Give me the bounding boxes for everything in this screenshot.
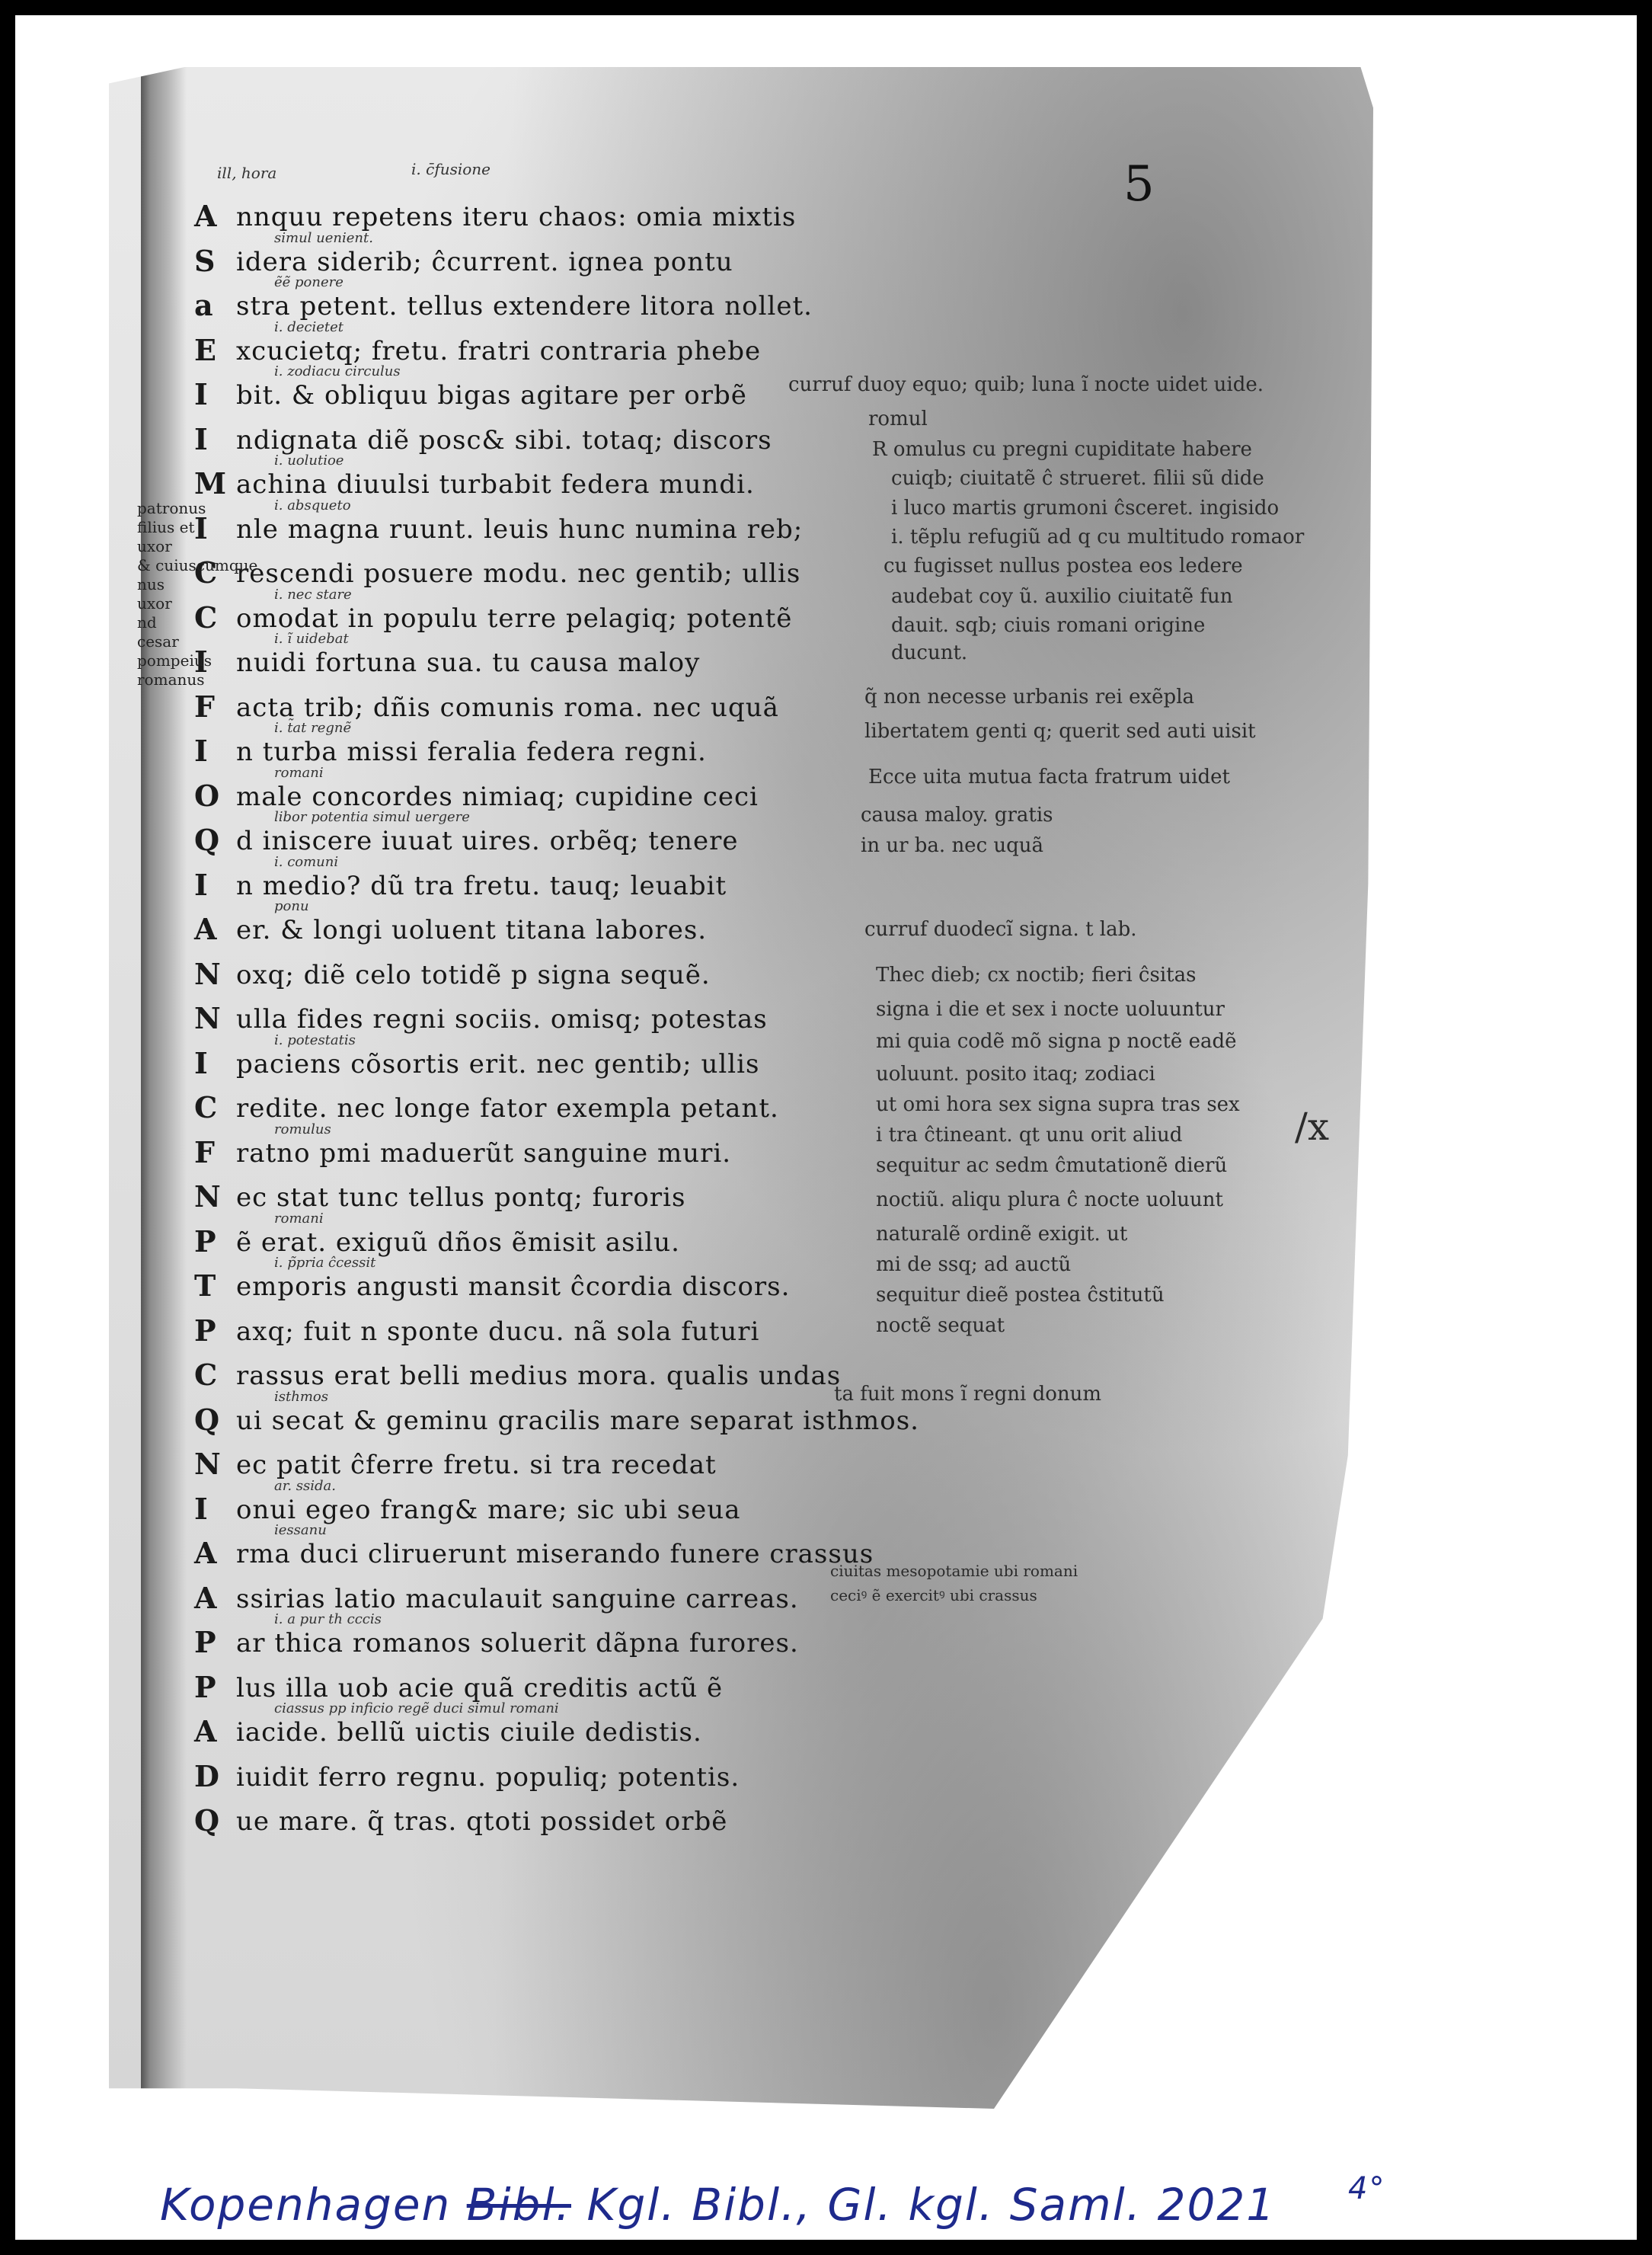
line-initial: Q <box>194 1403 219 1437</box>
line-initial: A <box>194 1536 216 1570</box>
text-line: ratno pmi maduerũt sanguine muri. <box>236 1138 731 1169</box>
margin-gloss-line: cu fugisset nullus postea eos ledere <box>884 555 1243 577</box>
margin-gloss-line: Ecce uita mutua facta fratrum uidet <box>868 766 1230 788</box>
scan-frame: 5 ill, hora i. c̄fusione Annquu repetens… <box>15 15 1637 2240</box>
text-line: rassus erat belli medius mora. qualis un… <box>236 1361 841 1391</box>
left-margin-note: & cuiuscumque <box>137 556 257 574</box>
line-initial: E <box>194 333 216 367</box>
margin-gloss-line: Thec dieb; cx noctib; fieri ĉsitas <box>876 964 1196 987</box>
line-initial: N <box>194 1179 221 1214</box>
text-line: nle magna ruunt. leuis hunc numina reb; <box>236 514 803 545</box>
top-gloss: ill, hora <box>217 164 276 182</box>
margin-gloss-line: sequitur ac sedm ĉmutationẽ dierũ <box>876 1154 1227 1177</box>
text-line: ui secat & geminu gracilis mare separat … <box>236 1406 919 1436</box>
corner-mark: /x <box>1295 1105 1329 1149</box>
interlinear-gloss: i. decietet <box>274 319 344 335</box>
text-line: ẽ erat. exiguũ dños ẽmisit asilu. <box>236 1227 680 1258</box>
margin-gloss-line: ciuitas mesopotamie ubi romani <box>830 1562 1078 1580</box>
text-line: ec patit ĉferre fretu. si tra recedat <box>236 1450 717 1480</box>
margin-gloss-line: i tra ĉtineant. qt unu orit aliud <box>876 1124 1182 1147</box>
text-line: onui egeo frang& mare; sic ubi seua <box>236 1495 740 1525</box>
line-initial: D <box>194 1759 219 1793</box>
line-initial: F <box>194 689 215 724</box>
text-line: rescendi posuere modu. nec gentib; ullis <box>236 558 800 589</box>
interlinear-gloss: romani <box>274 1211 324 1227</box>
caption-format: 4° <box>1348 2171 1385 2206</box>
margin-gloss-line: ducunt. <box>891 641 967 664</box>
interlinear-gloss: romani <box>274 765 324 781</box>
caption-struck-word: Bibl. <box>467 2179 571 2231</box>
interlinear-gloss: romulus <box>274 1121 331 1137</box>
text-line: omodat in populu terre pelagiq; potentẽ <box>236 603 792 634</box>
line-initial: C <box>194 1358 217 1392</box>
left-margin-note: patronus <box>137 499 206 517</box>
margin-gloss-line: curruf duodecĩ signa. t lab. <box>864 918 1137 941</box>
text-line: acta trib; dñis comunis roma. nec uquã <box>236 692 779 723</box>
line-initial: A <box>194 1714 216 1748</box>
text-line: rma duci cliruerunt miserando funere cra… <box>236 1539 874 1569</box>
top-gloss: i. c̄fusione <box>411 160 490 178</box>
interlinear-gloss: i. uolutioe <box>274 453 344 469</box>
margin-gloss-line: R omulus cu pregni cupiditate habere <box>872 438 1252 461</box>
text-line: idera siderib; ĉcurrent. ignea pontu <box>236 247 733 277</box>
line-initial: Q <box>194 1803 219 1838</box>
line-initial: A <box>194 912 216 946</box>
text-line: nnquu repetens iteru chaos: omia mixtis <box>236 202 796 232</box>
line-initial: T <box>194 1268 216 1303</box>
text-line: paciens cõsortis erit. nec gentib; ullis <box>236 1049 759 1080</box>
text-line: xcucietq; fretu. fratri contraria phebe <box>236 336 761 366</box>
margin-gloss-line: mi de ssq; ad auctũ <box>876 1253 1071 1276</box>
text-line: achina diuulsi turbabit federa mundi. <box>236 469 755 500</box>
margin-gloss-line: i. tẽplu refugiũ ad q cu multitudo romao… <box>891 526 1304 549</box>
margin-gloss-line: signa i die et sex i nocte uoluuntur <box>876 998 1225 1021</box>
interlinear-gloss: i. absqueto <box>274 497 351 513</box>
margin-gloss-line: ta fuit mons ĩ regni donum <box>834 1383 1101 1406</box>
binding-gutter <box>141 67 187 2109</box>
left-margin-note: uxor <box>137 537 172 555</box>
margin-gloss-line: romul <box>868 408 928 430</box>
margin-gloss-line: uoluunt. posito itaq; zodiaci <box>876 1063 1155 1086</box>
margin-gloss-line: audebat coy ũ. auxilio ciuitatẽ fun <box>891 585 1232 608</box>
margin-gloss-line: in ur ba. nec uquã <box>861 834 1043 857</box>
margin-gloss-line: cuiqb; ciuitatẽ ĉ strueret. filii sũ did… <box>891 467 1264 490</box>
interlinear-gloss: ẽẽ ponere <box>274 274 344 290</box>
text-line: n turba missi feralia federa regni. <box>236 737 707 767</box>
text-line: d iniscere iuuat uires. orbẽq; tenere <box>236 826 738 856</box>
interlinear-gloss: i. nec stare <box>274 587 352 603</box>
left-margin-note: pompeius <box>137 651 212 670</box>
line-initial: A <box>194 1581 216 1615</box>
text-line: ssirias latio maculauit sanguine carreas… <box>236 1584 799 1614</box>
left-margin-note: nus <box>137 575 165 593</box>
line-initial: P <box>194 1224 216 1259</box>
left-margin-note: romanus <box>137 670 205 689</box>
line-initial: I <box>194 734 208 768</box>
left-margin-note: filius et <box>137 518 195 536</box>
line-initial: C <box>194 600 217 635</box>
line-initial: N <box>194 957 221 991</box>
margin-gloss-line: noctẽ sequat <box>876 1314 1005 1337</box>
line-initial: I <box>194 377 208 411</box>
margin-gloss-line: ut omi hora sex signa supra tras sex <box>876 1093 1240 1116</box>
margin-gloss-line: i luco martis grumoni ĉsceret. ingisido <box>891 497 1279 520</box>
caption-city: Kopenhagen <box>160 2179 451 2231</box>
text-line: bit. & obliquu bigas agitare per orbẽ <box>236 380 747 411</box>
folio-number: 5 <box>1123 156 1155 213</box>
line-initial: I <box>194 1492 208 1526</box>
line-initial: C <box>194 1090 217 1124</box>
margin-gloss-line: curruf duoy equo; quib; luna ĩ nocte uid… <box>788 373 1264 396</box>
interlinear-gloss: i. potestatis <box>274 1032 356 1048</box>
line-initial: P <box>194 1625 216 1659</box>
line-initial: I <box>194 1046 208 1080</box>
line-initial: S <box>194 244 215 278</box>
margin-gloss-line: sequitur dieẽ postea ĉstitutũ <box>876 1284 1165 1307</box>
line-initial: I <box>194 422 208 456</box>
text-line: emporis angusti mansit ĉcordia discors. <box>236 1271 790 1302</box>
line-initial: M <box>194 466 226 501</box>
text-line: ue mare. q̃ tras. qtoti possidet orbẽ <box>236 1806 727 1837</box>
margin-gloss-line: mi quia codẽ mõ signa p noctẽ eadẽ <box>876 1030 1236 1053</box>
line-initial: N <box>194 1001 221 1035</box>
text-line: axq; fuit n sponte ducu. nã sola futuri <box>236 1316 759 1347</box>
interlinear-gloss: ciassus pp inficio regẽ duci simul roman… <box>274 1700 559 1716</box>
catalog-caption: Kopenhagen Bibl. Kgl. Bibl., Gl. kgl. Sa… <box>160 2179 1276 2231</box>
text-line: lus illa uob acie quã creditis actũ ẽ <box>236 1673 723 1703</box>
text-line: ulla fides regni sociis. omisq; potestas <box>236 1004 768 1035</box>
interlinear-gloss: ponu <box>274 898 309 914</box>
text-line: male concordes nimiaq; cupidine ceci <box>236 782 759 812</box>
interlinear-gloss: iessanu <box>274 1522 327 1538</box>
margin-gloss-line: ceciꝰ ẽ exercitꝰ ubi crassus <box>830 1585 1037 1605</box>
text-line: stra petent. tellus extendere litora nol… <box>236 291 813 321</box>
interlinear-gloss: i. zodiacu circulus <box>274 363 401 379</box>
caption-shelfmark: Gl. kgl. Saml. 2021 <box>827 2179 1276 2231</box>
line-initial: Q <box>194 823 219 857</box>
margin-gloss-line: dauit. sqb; ciuis romani origine <box>891 614 1205 637</box>
line-initial: P <box>194 1670 216 1704</box>
text-line: ec stat tunc tellus pontq; furoris <box>236 1182 685 1213</box>
interlinear-gloss: isthmos <box>274 1389 328 1405</box>
margin-gloss-line: q̃ non necesse urbanis rei exẽpla <box>864 686 1194 708</box>
line-initial: O <box>194 779 219 813</box>
text-line: oxq; diẽ celo totidẽ p signa sequẽ. <box>236 960 711 990</box>
interlinear-gloss: i. a pur th cccis <box>274 1611 382 1627</box>
interlinear-gloss: ar. ssida. <box>274 1478 336 1494</box>
text-line: redite. nec longe fator exempla petant. <box>236 1093 779 1124</box>
left-margin-note: nd <box>137 613 157 632</box>
interlinear-gloss: libor potentia simul uergere <box>274 809 470 825</box>
interlinear-gloss: i. comuni <box>274 854 338 870</box>
text-line: iuidit ferro regnu. populiq; potentis. <box>236 1762 740 1793</box>
left-margin-note: cesar <box>137 632 179 651</box>
text-line: ndignata diẽ posc& sibi. totaq; discors <box>236 425 772 456</box>
interlinear-gloss: i. t̃at regnẽ <box>274 720 351 736</box>
margin-gloss-line: naturalẽ ordinẽ exigit. ut <box>876 1223 1127 1246</box>
margin-gloss-line: causa maloy. gratis <box>861 804 1053 827</box>
text-line: ar thica romanos soluerit dãpna furores. <box>236 1628 799 1658</box>
line-initial: P <box>194 1313 216 1348</box>
line-initial: A <box>194 199 216 233</box>
line-initial: I <box>194 868 208 902</box>
text-line: n medio? dũ tra fretu. tauq; leuabit <box>236 871 727 901</box>
left-margin-note: uxor <box>137 594 172 613</box>
line-initial: F <box>194 1135 215 1169</box>
text-line: iacide. bellũ uictis ciuile dedistis. <box>236 1717 702 1748</box>
interlinear-gloss: simul uenient. <box>274 230 373 246</box>
line-initial: a <box>194 288 213 322</box>
margin-gloss-line: libertatem genti q; querit sed auti uisi… <box>864 720 1256 743</box>
caption-library: Kgl. Bibl., <box>586 2179 812 2231</box>
text-line: er. & longi uoluent titana labores. <box>236 915 707 945</box>
interlinear-gloss: i. ĩ uidebat <box>274 631 349 647</box>
interlinear-gloss: i. p̃pria ĉcessit <box>274 1255 375 1271</box>
line-initial: N <box>194 1447 221 1481</box>
text-line: nuidi fortuna sua. tu causa maloy <box>236 648 700 678</box>
margin-gloss-line: noctiũ. aliqu plura ĉ nocte uoluunt <box>876 1188 1223 1211</box>
